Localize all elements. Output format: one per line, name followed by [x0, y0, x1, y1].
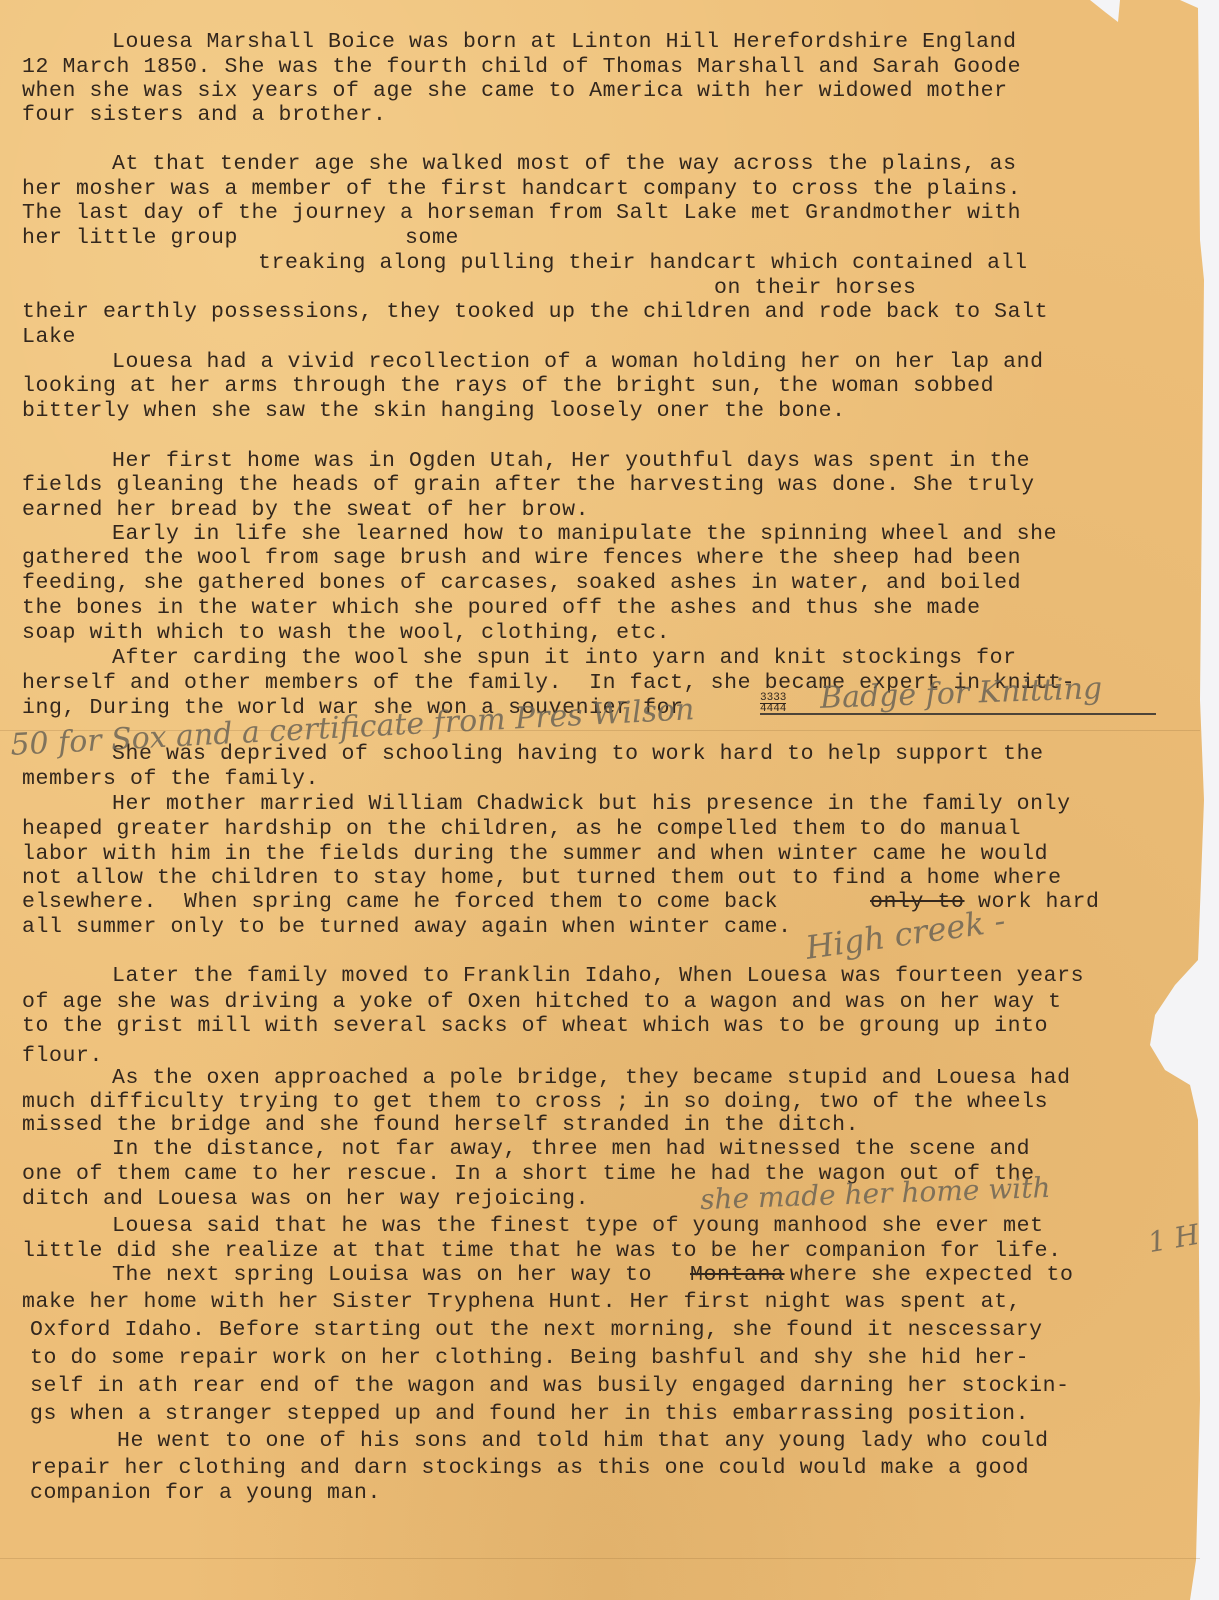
typed-line: fields gleaning the heads of grain after… [22, 473, 1035, 497]
typed-line: repair her clothing and darn stockings a… [30, 1456, 1029, 1480]
typed-line: The last day of the journey a horseman f… [22, 201, 1021, 225]
typed-line: make her home with her Sister Tryphena H… [22, 1290, 1021, 1314]
typed-line: companion for a young man. [30, 1481, 381, 1505]
typed-line: He went to one of his sons and told him … [117, 1429, 1049, 1453]
typed-line: missed the bridge and she found herself … [22, 1113, 859, 1137]
typed-line: soap with which to wash the wool, clothi… [22, 621, 670, 645]
struck-text: Montana [690, 1263, 785, 1287]
fraction-top: 3333 [760, 693, 786, 703]
typed-line: her little group [22, 226, 238, 250]
typed-line: looking at her arms through the rays of … [22, 374, 994, 398]
typed-line: bitterly when she saw the skin hanging l… [22, 399, 846, 423]
typed-line: flour. [22, 1044, 103, 1068]
typed-line: At that tender age she walked most of th… [112, 152, 1017, 176]
typed-line: After carding the wool she spun it into … [112, 646, 1017, 670]
typed-line: treaking along pulling their handcart wh… [258, 251, 1028, 275]
typed-line: not allow the children to stay home, but… [22, 866, 1062, 890]
typed-line: much difficulty trying to get them to cr… [22, 1090, 1048, 1114]
typed-line: ditch and Louesa was on her way rejoicin… [22, 1187, 589, 1211]
typed-line: of age she was driving a yoke of Oxen hi… [22, 990, 1062, 1014]
typed-line: Early in life she learned how to manipul… [112, 522, 1057, 546]
typed-line: when she was six years of age she came t… [22, 79, 1008, 103]
handwritten-underline [760, 713, 1156, 715]
typed-line: on their horses [714, 276, 917, 300]
typed-line: elsewhere. When spring came he forced th… [22, 890, 778, 914]
typed-line: four sisters and a brother. [22, 103, 387, 127]
typed-line: to do some repair work on her clothing. … [30, 1346, 1029, 1370]
typed-line: feeding, she gathered bones of carcases,… [22, 571, 1021, 595]
typed-line: Louesa had a vivid recollection of a wom… [112, 350, 1044, 374]
typed-line: As the oxen approached a pole bridge, th… [112, 1066, 1071, 1090]
typed-line: labor with him in the fields during the … [22, 842, 1048, 866]
typed-line: Louesa said that he was the finest type … [112, 1214, 1044, 1238]
typed-line: all summer only to be turned away again … [22, 915, 792, 939]
typed-line: gs when a stranger stepped up and found … [30, 1402, 1029, 1426]
typed-line: In the distance, not far away, three men… [112, 1137, 1030, 1161]
typed-line: Oxford Idaho. Before starting out the ne… [30, 1318, 1043, 1342]
typed-line: Her mother married William Chadwick but … [112, 792, 1071, 816]
typed-line: The next spring Louisa was on her way to [112, 1263, 652, 1287]
typed-fraction: 3333 4444 [760, 693, 786, 714]
typed-line: some [405, 226, 459, 250]
typed-line: Louesa Marshall Boice was born at Linton… [112, 30, 1017, 54]
typed-line: her mosher was a member of the first han… [22, 177, 1021, 201]
typed-line: their earthly possessions, they tooked u… [22, 300, 1048, 324]
typed-line: members of the family. [22, 767, 319, 791]
typed-line: heaped greater hardship on the children,… [22, 817, 1021, 841]
typed-line: Later the family moved to Franklin Idaho… [112, 964, 1084, 988]
typed-line: Lake [22, 325, 76, 349]
typed-line: earned her bread by the sweat of her bro… [22, 498, 589, 522]
typed-line: the bones in the water which she poured … [22, 596, 981, 620]
typed-line: self in ath rear end of the wagon and wa… [30, 1374, 1070, 1398]
paper-fold [0, 1558, 1200, 1559]
typed-line: gathered the wool from sage brush and wi… [22, 546, 1021, 570]
typed-line: little did she realize at that time that… [22, 1239, 1062, 1263]
typed-line: to the grist mill with several sacks of … [22, 1014, 1048, 1038]
typed-line: where she expected to [790, 1263, 1074, 1287]
typed-line: Her first home was in Ogden Utah, Her yo… [112, 449, 1030, 473]
typed-line: 12 March 1850. She was the fourth child … [22, 55, 1021, 79]
